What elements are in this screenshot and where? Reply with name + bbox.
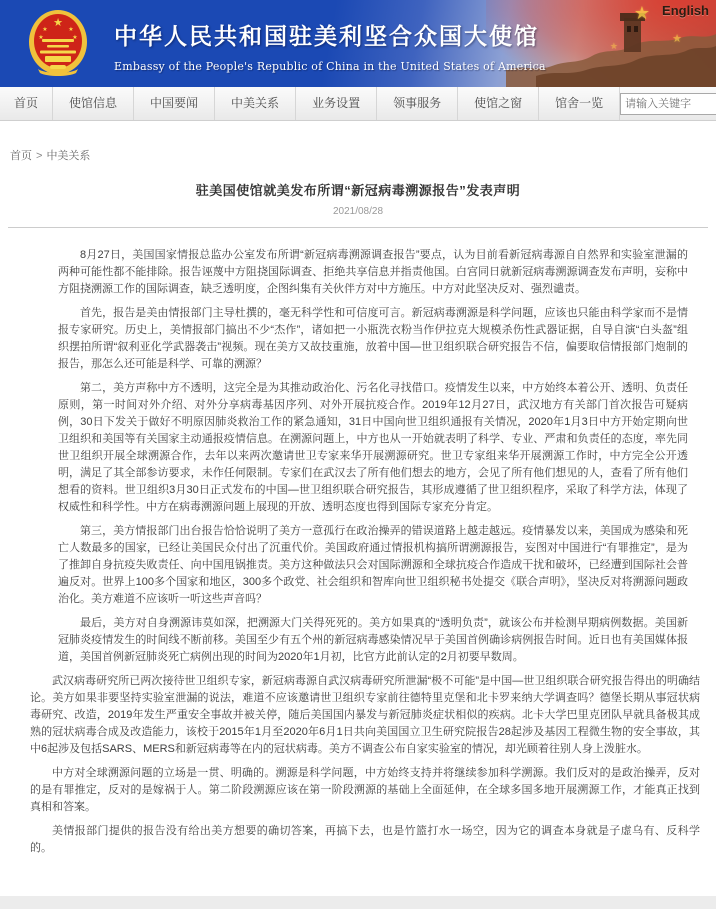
embassy-title-en: Embassy of the People's Republic of Chin… bbox=[114, 60, 546, 73]
nav-item-8[interactable]: 馆舍一览 bbox=[539, 87, 620, 120]
nav-items: 首页使馆信息中国要闻中美关系业务设置领事服务使馆之窗馆舍一览 bbox=[0, 87, 620, 120]
article-paragraph: 第三，美方情报部门出台报告恰恰说明了美方一意孤行在政治操弄的错误道路上越走越远。… bbox=[58, 523, 688, 608]
nav-item-1[interactable]: 首页 bbox=[0, 87, 53, 120]
breadcrumb-link-1[interactable]: 首页 bbox=[10, 150, 32, 162]
nav-item-3[interactable]: 中国要闻 bbox=[134, 87, 215, 120]
article-paragraph: 武汉病毒研究所已两次接待世卫组织专家，新冠病毒源自武汉病毒研究所泄漏“极不可能”… bbox=[30, 673, 700, 758]
nav-item-7[interactable]: 使馆之窗 bbox=[458, 87, 539, 120]
main-nav: 首页使馆信息中国要闻中美关系业务设置领事服务使馆之窗馆舍一览 搜索 bbox=[0, 87, 716, 121]
search-input[interactable] bbox=[620, 93, 716, 115]
site-header: ★ ★ ★ ★ ★ ★ ★ ★ 中华人民共和国驻美利坚合众国大使馆 Embass… bbox=[0, 0, 716, 87]
nav-search: 搜索 bbox=[620, 87, 716, 120]
nav-item-6[interactable]: 领事服务 bbox=[377, 87, 458, 120]
article-paragraph: 首先，报告是美由情报部门主导杜撰的，毫无科学性和可信度可言。新冠病毒溯源是科学问… bbox=[58, 305, 688, 373]
page-bottom-strip bbox=[0, 896, 716, 909]
svg-text:★: ★ bbox=[53, 17, 63, 29]
article-paragraph: 8月27日，美国国家情报总监办公室发布所谓“新冠病毒溯源调查报告”要点，认为目前… bbox=[58, 247, 688, 298]
nav-item-2[interactable]: 使馆信息 bbox=[53, 87, 134, 120]
article-paragraph: 最后，美方对自身溯源讳莫如深，把溯源大门关得死死的。美方如果真的“透明负责”，就… bbox=[58, 615, 688, 666]
embassy-title-cn: 中华人民共和国驻美利坚合众国大使馆 bbox=[114, 18, 546, 51]
flag-star-icon: ★ bbox=[634, 4, 650, 22]
nav-item-5[interactable]: 业务设置 bbox=[296, 87, 377, 120]
article-title: 驻美国使馆就美发布所谓“新冠病毒溯源报告”发表声明 bbox=[0, 180, 716, 199]
article-paragraph: 中方对全球溯源问题的立场是一贯、明确的。溯源是科学问题，中方始终支持并将继续参加… bbox=[30, 765, 700, 816]
flag-star-icon: ★ bbox=[672, 34, 682, 45]
flag-star-icon: ★ bbox=[610, 42, 618, 51]
breadcrumb-link-2[interactable]: 中美关系 bbox=[46, 150, 90, 162]
national-emblem-icon: ★ ★ ★ ★ ★ bbox=[28, 9, 88, 77]
article-body: 8月27日，美国国家情报总监办公室发布所谓“新冠病毒溯源调查报告”要点，认为目前… bbox=[0, 228, 716, 857]
article-paragraph: 美情报部门提供的报告没有给出美方想要的确切答案，再搞下去，也是竹篮打水一场空，因… bbox=[30, 823, 700, 857]
breadcrumb-separator: > bbox=[36, 150, 42, 162]
nav-item-4[interactable]: 中美关系 bbox=[215, 87, 296, 120]
article-paragraph: 第二，美方声称中方不透明，这完全是为其推动政治化、污名化寻找借口。疫情发生以来，… bbox=[58, 380, 688, 516]
article-date: 2021/08/28 bbox=[0, 206, 716, 217]
svg-text:★: ★ bbox=[68, 26, 73, 33]
svg-text:★: ★ bbox=[42, 26, 47, 33]
breadcrumb: 首页>中美关系 bbox=[10, 147, 716, 163]
english-link[interactable]: English bbox=[662, 3, 709, 18]
